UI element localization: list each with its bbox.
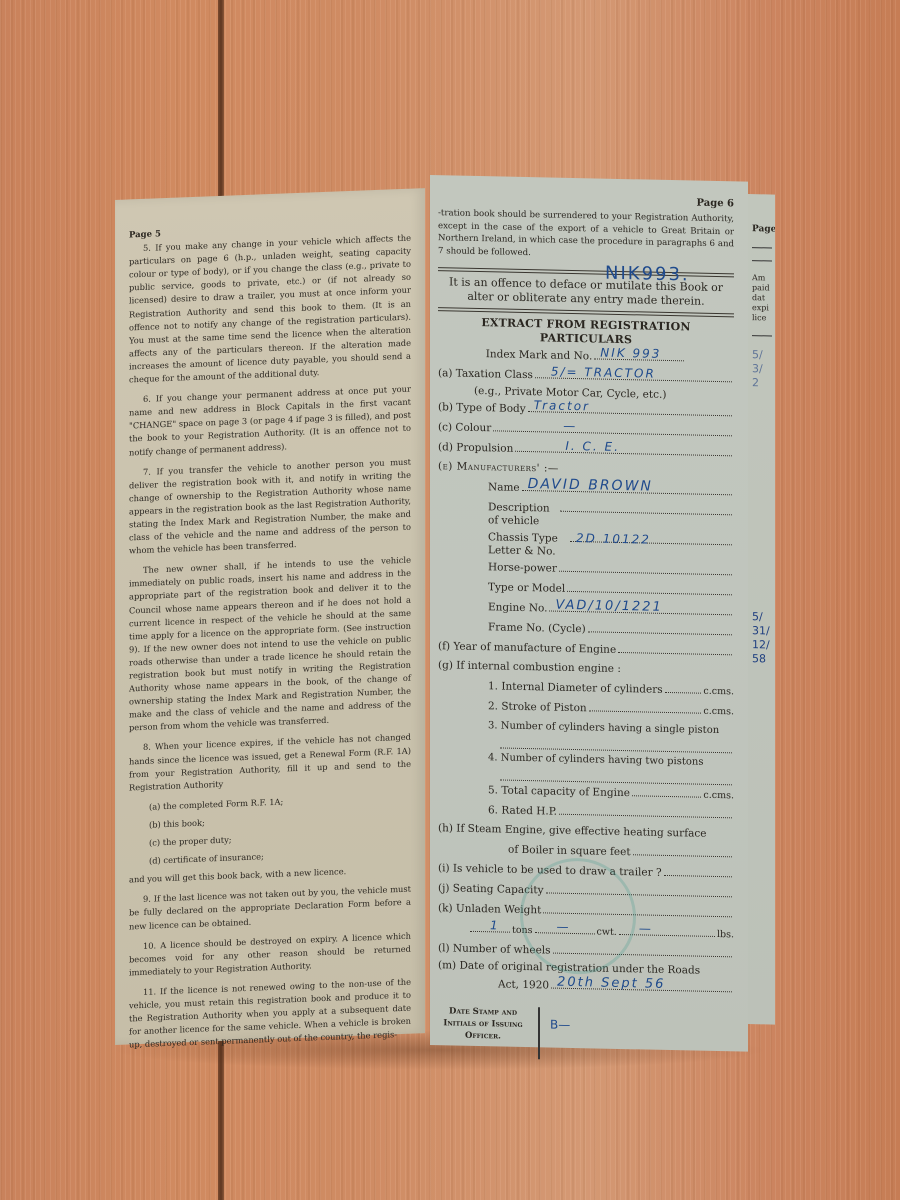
instruction-10: 10. A licence should be destroyed on exp… xyxy=(129,929,411,979)
faded-ink-stamp xyxy=(520,857,636,975)
divider xyxy=(752,335,772,336)
instruction-8-items: (a) the completed Form R.F. 1A; (b) this… xyxy=(149,790,411,867)
lbs-value: — xyxy=(639,919,653,938)
instruction-9: 9. If the last licence was not taken out… xyxy=(129,883,411,933)
continuation-text: -tration book should be surrendered to y… xyxy=(438,207,734,263)
page-label: Page xyxy=(752,224,775,235)
instruction-5: 5. If you make any change in your vehicl… xyxy=(129,232,411,387)
instruction-7-continued: The new owner shall, if he intends to us… xyxy=(129,554,411,735)
instruction-7: 7. If you transfer the vehicle to anothe… xyxy=(129,455,411,557)
date-stamp-area: Date Stamp and Initials of Issuing Offic… xyxy=(438,1005,734,1063)
divider xyxy=(752,247,772,248)
tons-value: 1 xyxy=(490,916,500,935)
handwritten-expiry-date: 5/ 31/ 12/ 58 xyxy=(752,610,775,666)
engine-number-value: VAD/10/1221 xyxy=(555,596,662,617)
index-mark-value: NIK 993 xyxy=(600,344,661,364)
divider xyxy=(752,260,772,261)
type-of-body-value: Tractor xyxy=(534,396,590,416)
page-5: Page 5 5. If you make any change in your… xyxy=(115,188,425,1045)
page-7-partial: Page Am paid dat expi lice 5/ 3/ 2 5/ 31… xyxy=(748,194,775,1025)
propulsion-value: I. C. E. xyxy=(565,437,620,457)
instruction-11: 11. If the licence is not renewed owing … xyxy=(129,976,411,1052)
page-6: Page 6 -tration book should be surrender… xyxy=(430,175,748,1052)
colour-value: — xyxy=(563,417,577,436)
instruction-6: 6. If you change your permanent address … xyxy=(129,383,411,459)
instruction-8: 8. When your licence expires, if the veh… xyxy=(129,731,411,794)
date-stamp-label: Date Stamp and Initials of Issuing Offic… xyxy=(438,1005,528,1043)
registration-date-value: 20th Sept 56 xyxy=(557,973,665,994)
handwritten-registration-mark: NIK993. xyxy=(605,267,690,283)
manufacturer-name-value: DAVID BROWN xyxy=(528,475,653,497)
officer-initial: B— xyxy=(550,1018,570,1032)
chassis-value: 2D 10122 xyxy=(576,532,651,547)
taxation-class-value: 5/= TRACTOR xyxy=(551,363,656,384)
licence-column-header: Am paid dat expi lice xyxy=(752,273,775,323)
stamp-divider xyxy=(538,1007,540,1059)
handwritten-duty-top: 5/ 3/ 2 xyxy=(752,348,770,390)
